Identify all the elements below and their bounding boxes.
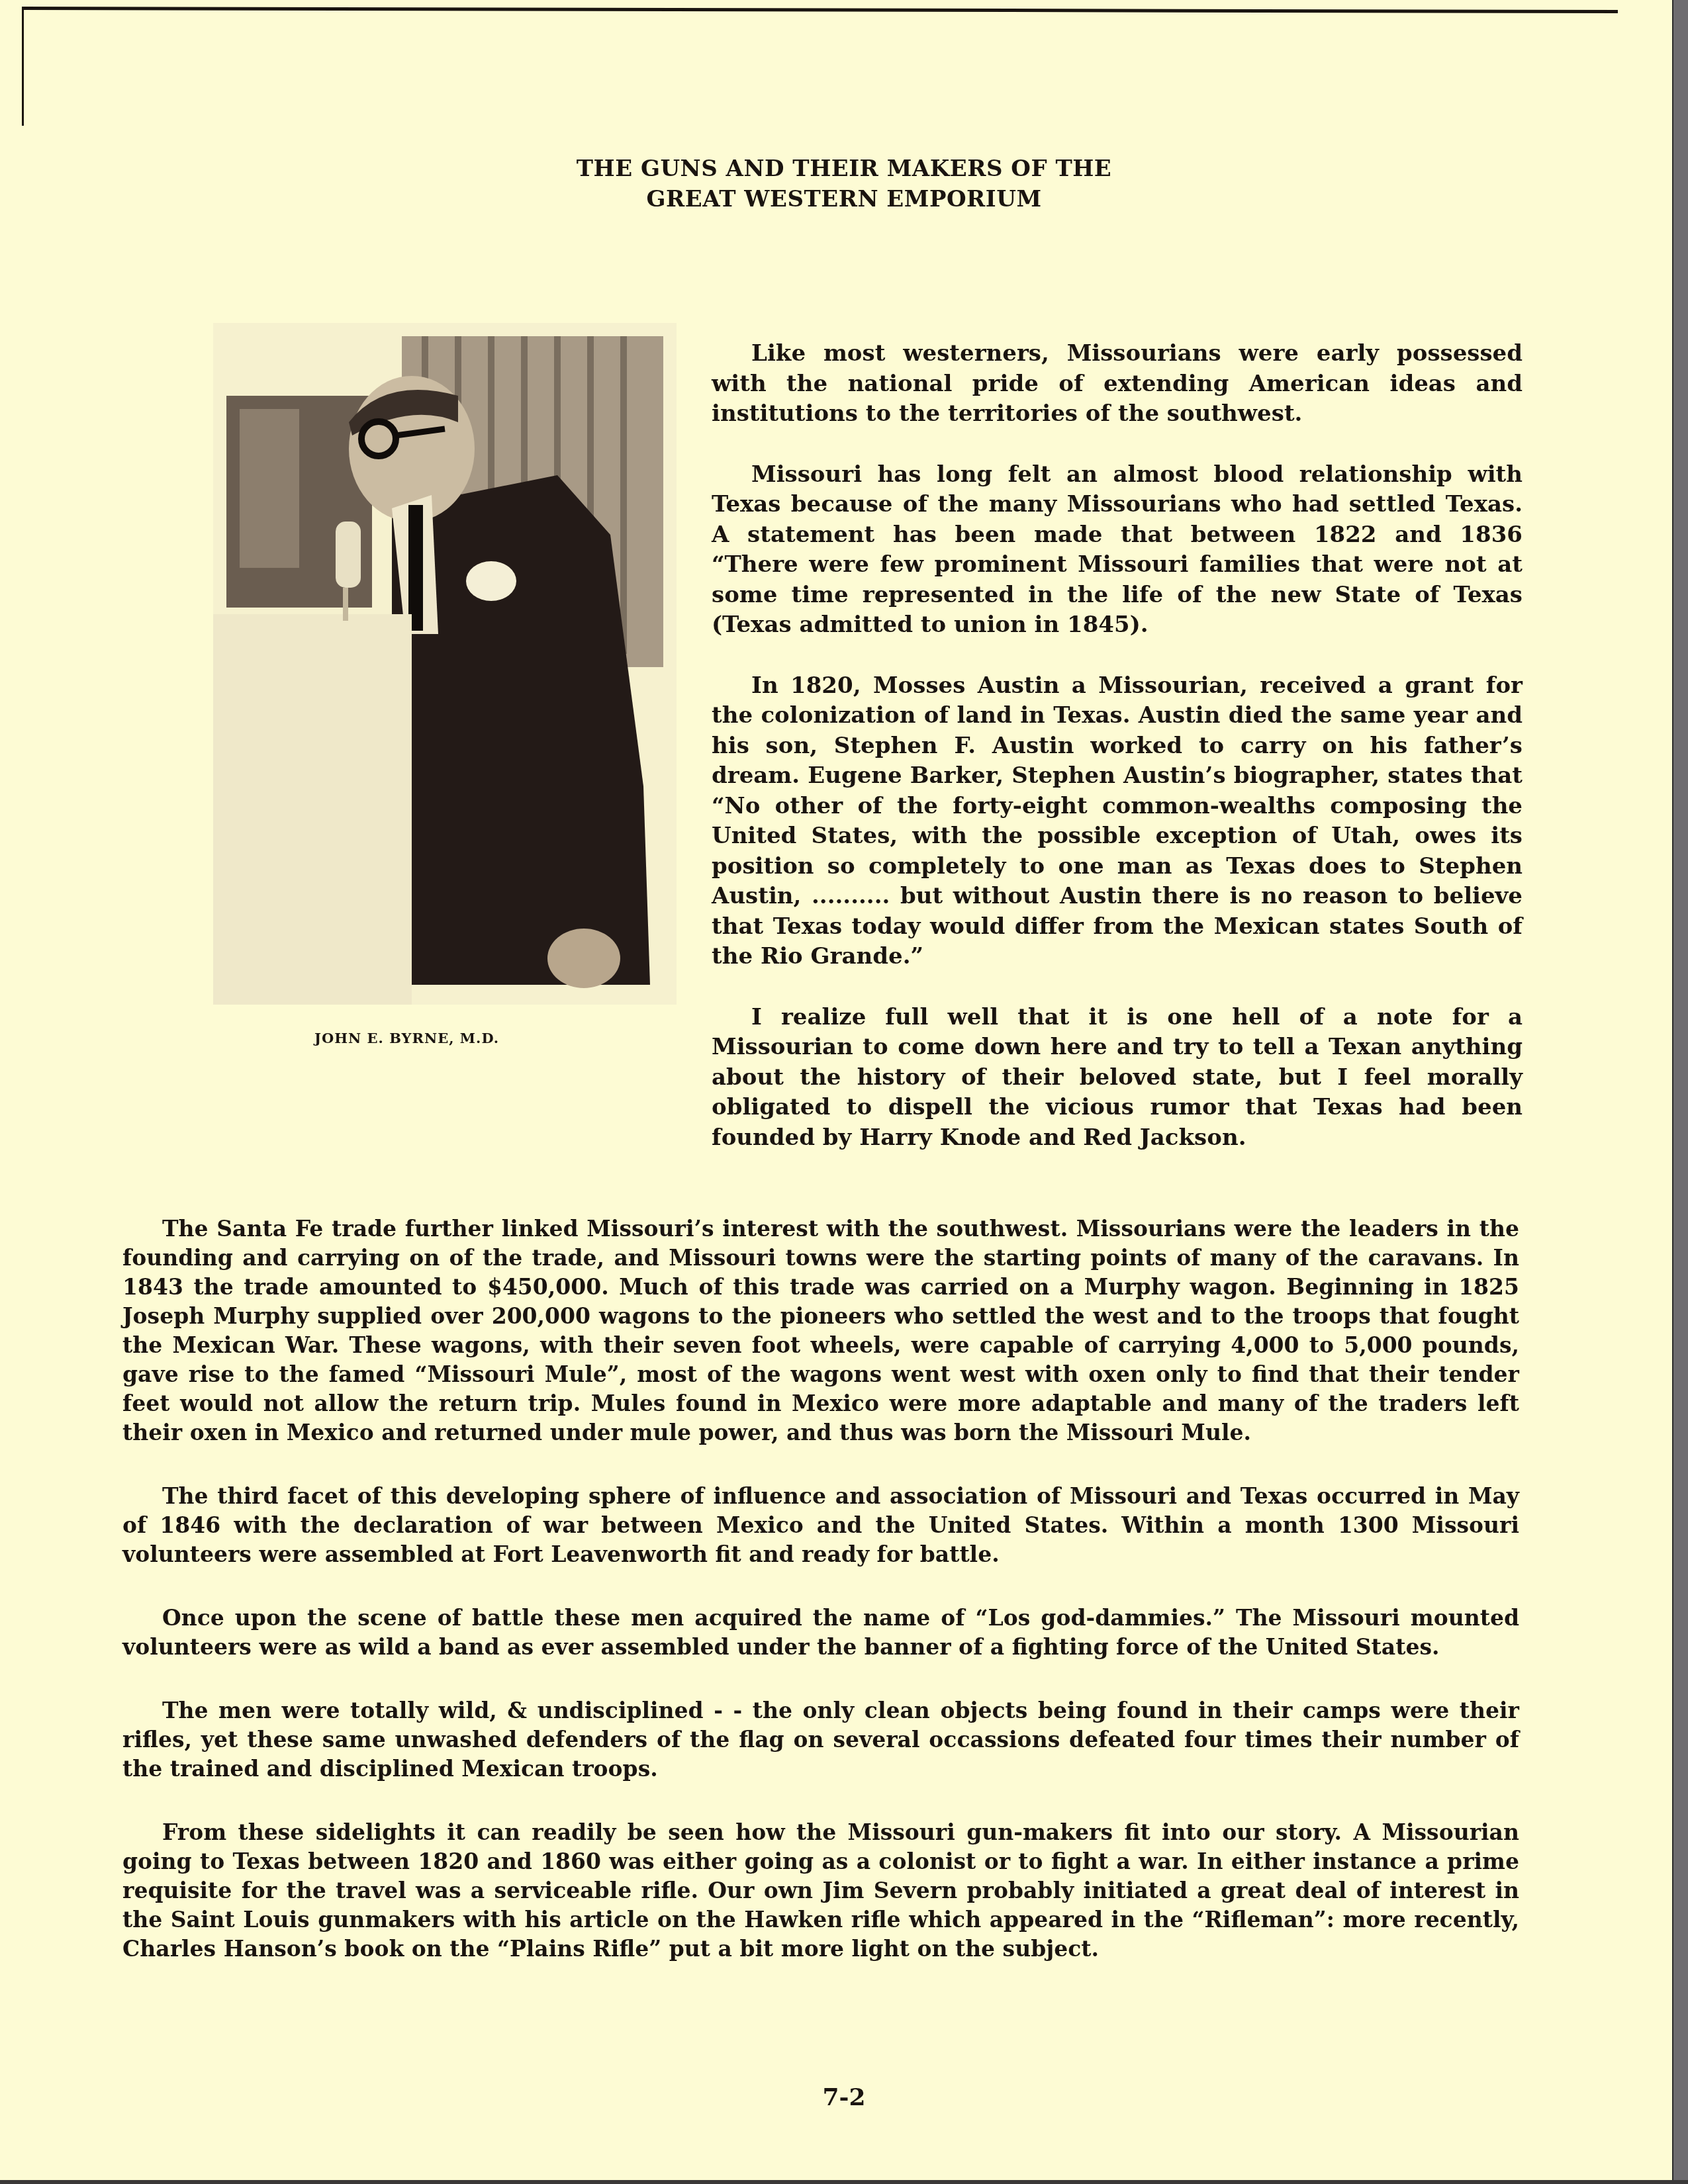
speaker-photo-image [213,323,677,1005]
paragraph-texas-relationship: Missouri has long felt an almost blood r… [712,460,1523,641]
title-line-2: GREAT WESTERN EMPORIUM [0,184,1688,214]
top-border-rule [23,7,1618,13]
paragraph-austin: In 1820, Mosses Austin a Missourian, rec… [712,671,1523,972]
photo-caption: JOHN E. BYRNE, M.D. [314,1030,499,1046]
paragraph-westerners: Like most westerners, Missourians were e… [712,339,1523,430]
paragraph-los-god-dammies: Once upon the scene of battle these men … [122,1604,1519,1662]
right-column-text: Like most westerners, Missourians were e… [712,339,1523,1183]
full-width-text: The Santa Fe trade further linked Missou… [122,1214,1519,1998]
paragraph-missourian-note: I realize full well that it is one hell … [712,1003,1523,1154]
title-line-1: THE GUNS AND THEIR MAKERS OF THE [0,154,1688,184]
paragraph-gun-makers: From these sidelights it can readily be … [122,1818,1519,1964]
page-bottom-edge [0,2180,1688,2184]
paragraph-mexican-war: The third facet of this developing spher… [122,1482,1519,1569]
paragraph-undisciplined: The men were totally wild, & undisciplin… [122,1696,1519,1784]
page-edge-shadow [1672,0,1688,2184]
paragraph-santa-fe-trade: The Santa Fe trade further linked Missou… [122,1214,1519,1447]
page-number: 7-2 [0,2083,1688,2111]
page-title: THE GUNS AND THEIR MAKERS OF THE GREAT W… [0,154,1688,214]
speaker-photo [213,323,677,1005]
left-border-rule [22,7,24,126]
